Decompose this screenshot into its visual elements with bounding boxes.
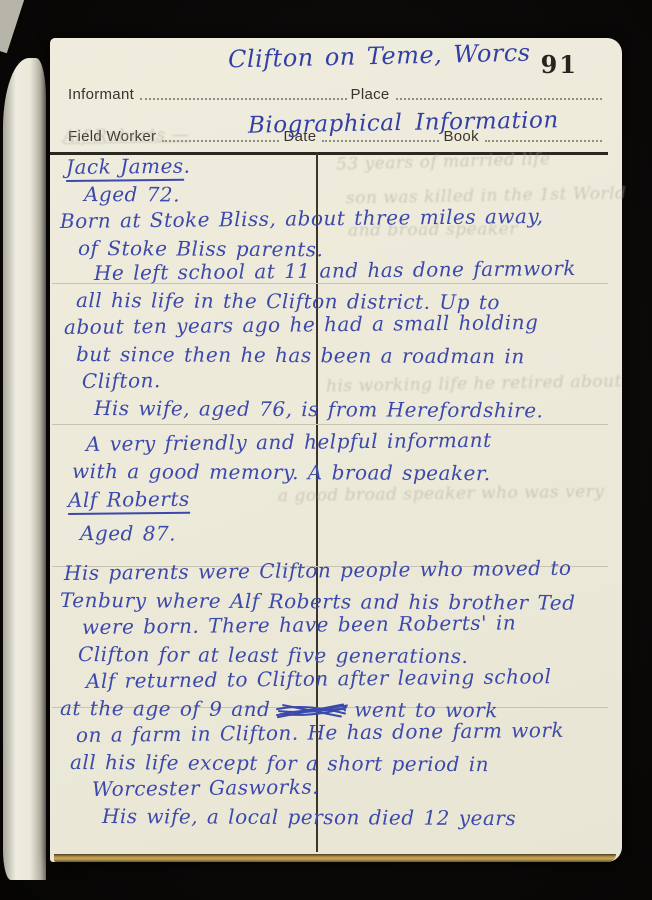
manuscript-line: His parents were Clifton people who move… — [64, 555, 618, 588]
page-number: 91 — [541, 50, 578, 79]
page-corner-sliver — [0, 0, 32, 53]
fieldwork-card-page: Informant Place Field Worker Date Book C… — [50, 38, 622, 862]
manuscript-line: Clifton. — [82, 363, 618, 396]
place-label: Place — [351, 86, 390, 103]
informant-label: Informant — [68, 86, 134, 103]
manuscript-line: His wife, a local person died 12 years — [102, 804, 618, 834]
manuscript-line: about ten years ago he had a small holdi… — [64, 309, 618, 342]
manuscript-line: His wife, aged 76, is from Herefordshire… — [94, 396, 618, 426]
gilded-page-edge — [54, 854, 616, 862]
manuscript-line: Alf returned to Clifton after leaving sc… — [86, 663, 618, 696]
place-value-handwritten: Clifton on Teme, Worcs — [228, 39, 531, 74]
place-dotted-line — [396, 84, 602, 100]
underlined-name: Jack James — [66, 154, 184, 182]
ghost-text-fragment: Alf Roberts — — [63, 125, 189, 147]
manuscript-line: Born at Stoke Bliss, about three miles a… — [60, 203, 618, 236]
name-suffix: . — [183, 154, 190, 178]
photo-backdrop: Informant Place Field Worker Date Book C… — [0, 0, 652, 900]
underlined-name: Alf Roberts — [68, 487, 190, 515]
manuscript-line: A very friendly and helpful informant — [86, 426, 618, 459]
manuscript-line: Worcester Gasworks. — [92, 771, 618, 804]
manuscript-line: Aged 87. — [80, 521, 618, 551]
informant-row: Informant Place — [68, 84, 606, 103]
section-title-handwritten: Biographical Information — [248, 107, 559, 138]
informant-name-heading: Alf Roberts — [68, 482, 618, 515]
scribbled-out-word — [275, 701, 349, 719]
previous-page-edge — [3, 58, 46, 880]
manuscript-line: were born. There have been Roberts' in — [82, 609, 618, 642]
informant-name-heading: Jack James. — [66, 149, 618, 182]
manuscript-notes: Jack James. Aged 72. Born at Stoke Bliss… — [60, 155, 618, 831]
manuscript-line: on a farm in Clifton. He has done farm w… — [76, 717, 618, 750]
text-before-scribble: at the age of 9 and — [60, 696, 270, 721]
manuscript-line: He left school at 11 and has done farmwo… — [94, 256, 618, 288]
informant-dotted-line — [140, 84, 346, 100]
